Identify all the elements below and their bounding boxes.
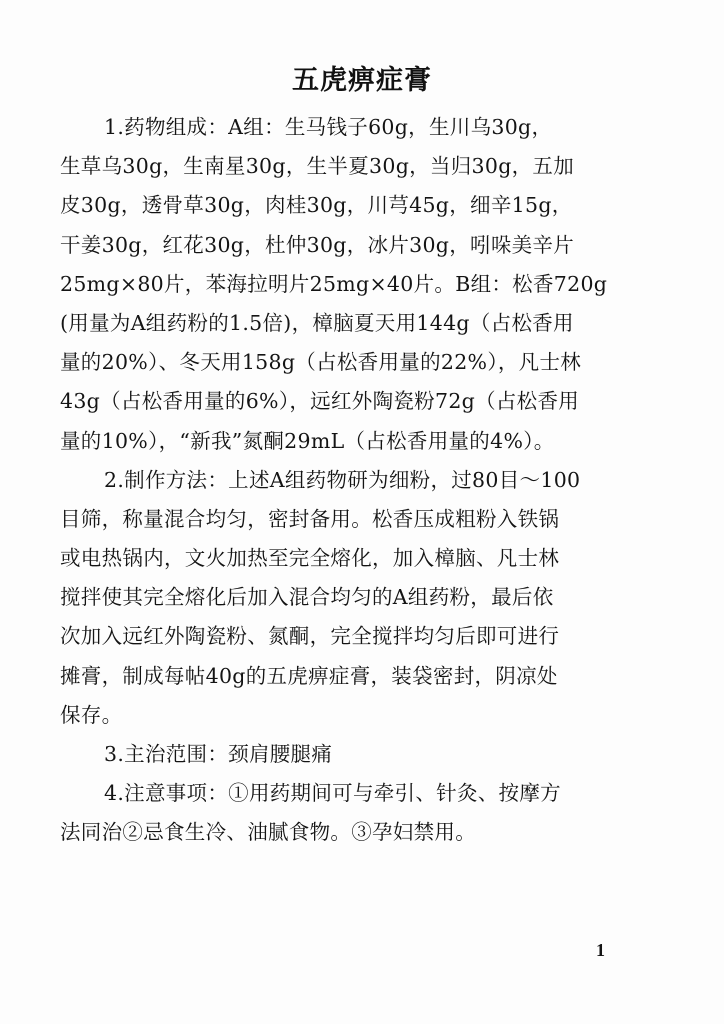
text-line: 目筛，称量混合均匀，密封备用。松香压成粗粉入铁锅: [60, 500, 620, 539]
text-line: 量的20%）、冬天用158g（占松香用量的22%），凡士林: [60, 343, 620, 382]
section-preparation: 2.制作方法：上述A组药物研为细粉，过80目～100 目筛，称量混合均匀，密封备…: [60, 461, 620, 735]
text-line: 生草乌30g，生南星30g，生半夏30g，当归30g，五加: [60, 147, 620, 186]
text-line: 皮30g，透骨草30g，肉桂30g，川芎45g，细辛15g，: [60, 186, 620, 225]
section-indications: 3.主治范围：颈肩腰腿痛: [60, 735, 620, 774]
section-precautions: 4.注意事项：①用药期间可与牵引、针灸、按摩方 法同治②忌食生冷、油腻食物。③孕…: [60, 774, 620, 852]
text-line: 法同治②忌食生冷、油腻食物。③孕妇禁用。: [60, 813, 620, 852]
text-line: 量的10%），“新我”氮酮29mL（占松香用量的4%）。: [60, 422, 620, 461]
document-page: 五虎痹症膏 1.药物组成：A组：生马钱子60g，生川乌30g， 生草乌30g，生…: [0, 0, 724, 1024]
text-line: 1.药物组成：A组：生马钱子60g，生川乌30g，: [60, 108, 620, 147]
page-number: 1: [596, 940, 605, 961]
text-line: 43g（占松香用量的6%），远红外陶瓷粉72g（占松香用: [60, 382, 620, 421]
document-body: 1.药物组成：A组：生马钱子60g，生川乌30g， 生草乌30g，生南星30g，…: [60, 108, 620, 853]
text-line: 保存。: [60, 696, 620, 735]
text-line: 4.注意事项：①用药期间可与牵引、针灸、按摩方: [60, 774, 620, 813]
text-line: (用量为A组药粉的1.5倍)，樟脑夏天用144g（占松香用: [60, 304, 620, 343]
text-line: 摊膏，制成每帖40g的五虎痹症膏，装袋密封，阴凉处: [60, 657, 620, 696]
text-line: 或电热锅内，文火加热至完全熔化，加入樟脑、凡士林: [60, 539, 620, 578]
text-line: 25mg×80片，苯海拉明片25mg×40片。B组：松香720g: [60, 265, 620, 304]
text-line: 3.主治范围：颈肩腰腿痛: [60, 735, 620, 774]
text-line: 2.制作方法：上述A组药物研为细粉，过80目～100: [60, 461, 620, 500]
section-composition: 1.药物组成：A组：生马钱子60g，生川乌30g， 生草乌30g，生南星30g，…: [60, 108, 620, 461]
text-line: 干姜30g，红花30g，杜仲30g，冰片30g，吲哚美辛片: [60, 226, 620, 265]
document-title: 五虎痹症膏: [0, 58, 724, 97]
text-line: 搅拌使其完全熔化后加入混合均匀的A组药粉，最后依: [60, 578, 620, 617]
text-line: 次加入远红外陶瓷粉、氮酮，完全搅拌均匀后即可进行: [60, 617, 620, 656]
